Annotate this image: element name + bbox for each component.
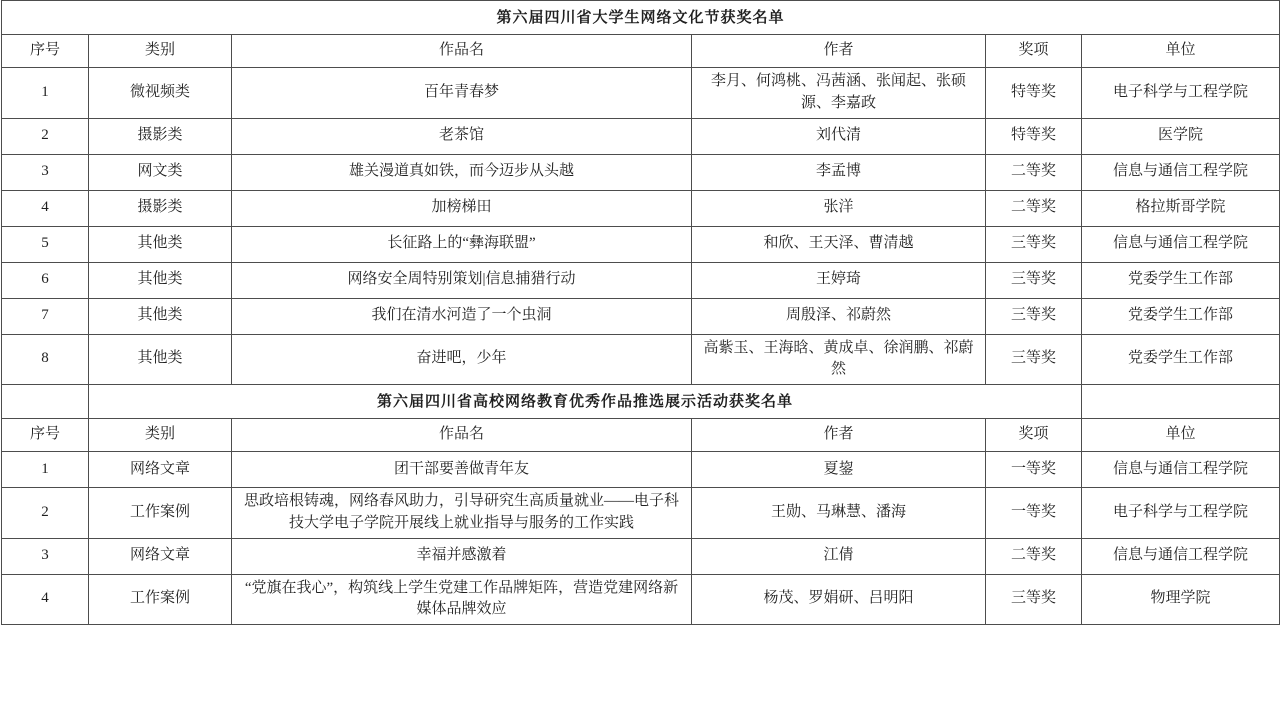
column-header: 序号	[2, 419, 89, 452]
table-row: 8其他类奋进吧，少年高紫玉、王海晗、黄成卓、徐润鹏、祁蔚然三等奖党委学生工作部	[2, 334, 1280, 385]
authors-cell: 江倩	[692, 538, 986, 574]
unit-cell: 电子科学与工程学院	[1082, 488, 1280, 539]
table-row: 4摄影类加榜梯田张洋二等奖格拉斯哥学院	[2, 190, 1280, 226]
unit-cell: 物理学院	[1082, 574, 1280, 625]
work-title-cell: 网络安全周特别策划|信息捕猎行动	[232, 262, 692, 298]
category-cell: 其他类	[89, 226, 232, 262]
work-title-cell: 思政培根铸魂，网络春风助力，引导研究生高质量就业——电子科技大学电子学院开展线上…	[232, 488, 692, 539]
authors-cell: 夏鋆	[692, 452, 986, 488]
authors-cell: 和欣、王天泽、曹清越	[692, 226, 986, 262]
award-cell: 三等奖	[986, 334, 1082, 385]
column-header: 类别	[89, 35, 232, 68]
table-row: 2摄影类老茶馆刘代清特等奖医学院	[2, 118, 1280, 154]
award-cell: 二等奖	[986, 190, 1082, 226]
award-cell: 特等奖	[986, 68, 1082, 119]
award-cell: 三等奖	[986, 262, 1082, 298]
column-header: 作者	[692, 35, 986, 68]
award-cell: 特等奖	[986, 118, 1082, 154]
awards-table: 第六届四川省大学生网络文化节获奖名单序号类别作品名作者奖项单位1微视频类百年青春…	[1, 0, 1280, 625]
table-row: 3网络文章幸福并感激着江倩二等奖信息与通信工程学院	[2, 538, 1280, 574]
authors-cell: 王婷琦	[692, 262, 986, 298]
unit-cell: 电子科学与工程学院	[1082, 68, 1280, 119]
category-cell: 摄影类	[89, 118, 232, 154]
award-cell: 二等奖	[986, 538, 1082, 574]
table-row: 6其他类网络安全周特别策划|信息捕猎行动王婷琦三等奖党委学生工作部	[2, 262, 1280, 298]
work-title-cell: 老茶馆	[232, 118, 692, 154]
table-row: 1微视频类百年青春梦李月、何鸿桃、冯茜涵、张闻起、张硕源、李嘉政特等奖电子科学与…	[2, 68, 1280, 119]
section-title-row: 第六届四川省大学生网络文化节获奖名单	[2, 1, 1280, 35]
work-title-cell: 雄关漫道真如铁，而今迈步从头越	[232, 154, 692, 190]
authors-cell: 杨茂、罗娟研、吕明阳	[692, 574, 986, 625]
row-number-cell: 2	[2, 118, 89, 154]
column-header: 奖项	[986, 419, 1082, 452]
table-row: 5其他类长征路上的“彝海联盟”和欣、王天泽、曹清越三等奖信息与通信工程学院	[2, 226, 1280, 262]
table-row: 7其他类我们在清水河造了一个虫洞周殷泽、祁蔚然三等奖党委学生工作部	[2, 298, 1280, 334]
column-header-row: 序号类别作品名作者奖项单位	[2, 419, 1280, 452]
award-cell: 二等奖	[986, 154, 1082, 190]
section-title: 第六届四川省高校网络教育优秀作品推选展示活动获奖名单	[89, 385, 1082, 419]
unit-cell: 信息与通信工程学院	[1082, 452, 1280, 488]
award-cell: 三等奖	[986, 574, 1082, 625]
category-cell: 网络文章	[89, 538, 232, 574]
award-cell: 三等奖	[986, 298, 1082, 334]
row-number-cell: 4	[2, 574, 89, 625]
unit-cell: 信息与通信工程学院	[1082, 226, 1280, 262]
authors-cell: 李月、何鸿桃、冯茜涵、张闻起、张硕源、李嘉政	[692, 68, 986, 119]
row-number-cell: 1	[2, 68, 89, 119]
work-title-cell: 加榜梯田	[232, 190, 692, 226]
authors-cell: 周殷泽、祁蔚然	[692, 298, 986, 334]
row-number-cell: 6	[2, 262, 89, 298]
work-title-cell: 幸福并感激着	[232, 538, 692, 574]
table-row: 3网文类雄关漫道真如铁，而今迈步从头越李孟博二等奖信息与通信工程学院	[2, 154, 1280, 190]
row-number-cell: 8	[2, 334, 89, 385]
empty-cell	[1082, 385, 1280, 419]
table-row: 4工作案例“党旗在我心”，构筑线上学生党建工作品牌矩阵，营造党建网络新媒体品牌效…	[2, 574, 1280, 625]
award-cell: 一等奖	[986, 452, 1082, 488]
document-page: 第六届四川省大学生网络文化节获奖名单序号类别作品名作者奖项单位1微视频类百年青春…	[0, 0, 1280, 725]
category-cell: 其他类	[89, 262, 232, 298]
row-number-cell: 3	[2, 538, 89, 574]
category-cell: 其他类	[89, 298, 232, 334]
unit-cell: 格拉斯哥学院	[1082, 190, 1280, 226]
unit-cell: 医学院	[1082, 118, 1280, 154]
row-number-cell: 4	[2, 190, 89, 226]
row-number-cell: 5	[2, 226, 89, 262]
work-title-cell: 奋进吧，少年	[232, 334, 692, 385]
unit-cell: 信息与通信工程学院	[1082, 538, 1280, 574]
row-number-cell: 1	[2, 452, 89, 488]
authors-cell: 王勋、马琳慧、潘海	[692, 488, 986, 539]
unit-cell: 信息与通信工程学院	[1082, 154, 1280, 190]
column-header: 单位	[1082, 35, 1280, 68]
category-cell: 其他类	[89, 334, 232, 385]
column-header: 单位	[1082, 419, 1280, 452]
work-title-cell: 百年青春梦	[232, 68, 692, 119]
column-header: 作品名	[232, 419, 692, 452]
column-header-row: 序号类别作品名作者奖项单位	[2, 35, 1280, 68]
column-header: 奖项	[986, 35, 1082, 68]
authors-cell: 刘代清	[692, 118, 986, 154]
authors-cell: 李孟博	[692, 154, 986, 190]
row-number-cell: 7	[2, 298, 89, 334]
category-cell: 网文类	[89, 154, 232, 190]
unit-cell: 党委学生工作部	[1082, 262, 1280, 298]
award-cell: 三等奖	[986, 226, 1082, 262]
table-row: 2工作案例思政培根铸魂，网络春风助力，引导研究生高质量就业——电子科技大学电子学…	[2, 488, 1280, 539]
work-title-cell: 长征路上的“彝海联盟”	[232, 226, 692, 262]
authors-cell: 张洋	[692, 190, 986, 226]
authors-cell: 高紫玉、王海晗、黄成卓、徐润鹏、祁蔚然	[692, 334, 986, 385]
column-header: 序号	[2, 35, 89, 68]
table-body: 第六届四川省大学生网络文化节获奖名单序号类别作品名作者奖项单位1微视频类百年青春…	[2, 1, 1280, 625]
work-title-cell: “党旗在我心”，构筑线上学生党建工作品牌矩阵，营造党建网络新媒体品牌效应	[232, 574, 692, 625]
category-cell: 微视频类	[89, 68, 232, 119]
column-header: 作者	[692, 419, 986, 452]
award-cell: 一等奖	[986, 488, 1082, 539]
work-title-cell: 我们在清水河造了一个虫洞	[232, 298, 692, 334]
column-header: 作品名	[232, 35, 692, 68]
unit-cell: 党委学生工作部	[1082, 334, 1280, 385]
row-number-cell: 2	[2, 488, 89, 539]
category-cell: 摄影类	[89, 190, 232, 226]
category-cell: 网络文章	[89, 452, 232, 488]
row-number-cell: 3	[2, 154, 89, 190]
category-cell: 工作案例	[89, 488, 232, 539]
section-title-row: 第六届四川省高校网络教育优秀作品推选展示活动获奖名单	[2, 385, 1280, 419]
section-title: 第六届四川省大学生网络文化节获奖名单	[2, 1, 1280, 35]
unit-cell: 党委学生工作部	[1082, 298, 1280, 334]
column-header: 类别	[89, 419, 232, 452]
table-row: 1网络文章团干部要善做青年友夏鋆一等奖信息与通信工程学院	[2, 452, 1280, 488]
category-cell: 工作案例	[89, 574, 232, 625]
empty-cell	[2, 385, 89, 419]
work-title-cell: 团干部要善做青年友	[232, 452, 692, 488]
